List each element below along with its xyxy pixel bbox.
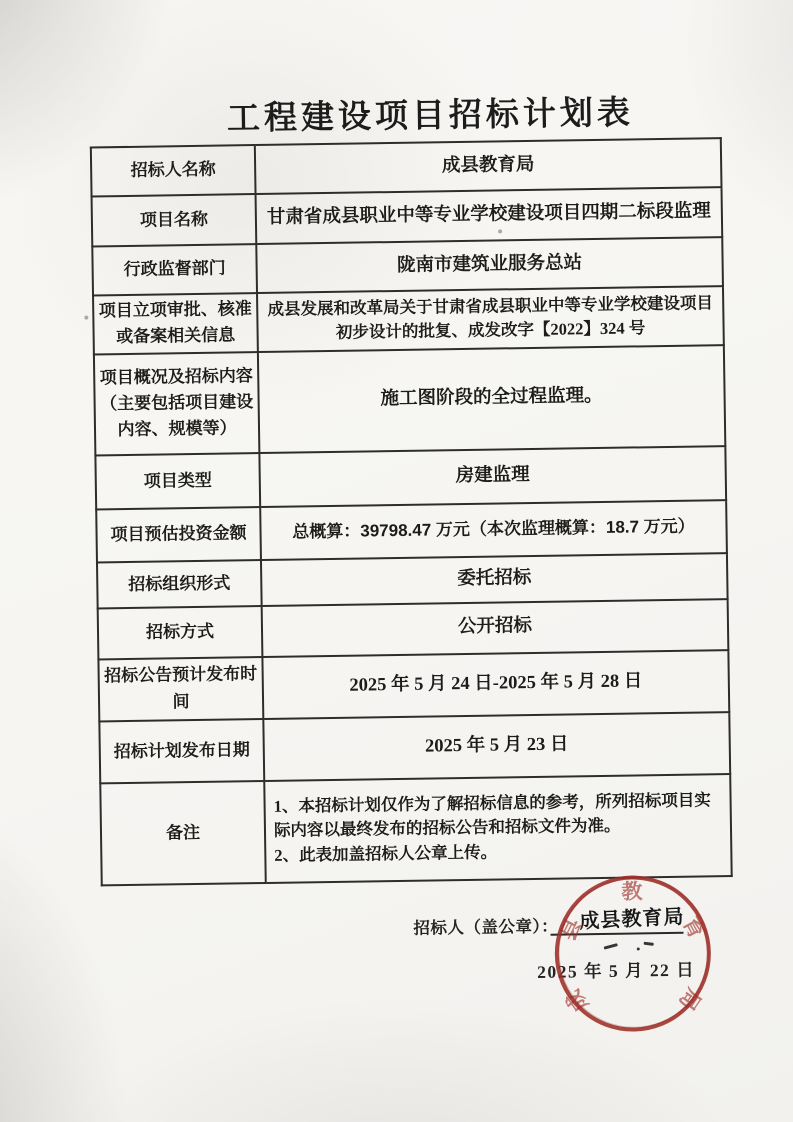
row-label-estimated-investment: 项目预估投资金额 <box>96 507 261 562</box>
row-value-project-name: 甘肃省成县职业中等专业学校建设项目四期二标段监理 <box>256 187 723 244</box>
row-value-tender-method: 公开招标 <box>262 599 729 657</box>
row-label-supervisory-dept: 行政监督部门 <box>92 244 257 295</box>
table-row-project-overview: 项目概况及招标内容（主要包括项目建设内容、规模等）施工图阶段的全过程监理。 <box>94 345 725 455</box>
row-value-project-type: 房建监理 <box>259 446 726 507</box>
row-value-line: 1、本招标计划仅作为了解招标信息的参考，所列招标项目实际内容以最终发布的招标公告… <box>273 788 726 844</box>
table-body: 招标人名称成县教育局项目名称甘肃省成县职业中等专业学校建设项目四期二标段监理行政… <box>91 138 732 885</box>
row-label-remarks: 备注 <box>100 781 265 885</box>
stamp-char: 育 <box>678 913 709 943</box>
row-value-announcement-period: 2025 年 5 月 24 日-2025 年 5 月 28 日 <box>262 650 729 719</box>
row-label-tender-method: 招标方式 <box>98 606 263 659</box>
table-row-approval-info: 项目立项审批、核准或备案相关信息成县发展和改革局关于甘肃省成县职业中等专业学校建… <box>93 286 724 354</box>
row-value-supervisory-dept: 陇南市建筑业服务总站 <box>256 237 723 293</box>
table-row-project-type: 项目类型房建监理 <box>95 446 726 509</box>
row-label-plan-publish-date: 招标计划发布日期 <box>99 719 264 783</box>
row-value-organization-form: 委托招标 <box>261 553 728 606</box>
row-value-plan-publish-date: 2025 年 5 月 23 日 <box>263 712 730 781</box>
photo-background: 工程建设项目招标计划表 招标人名称成县教育局项目名称甘肃省成县职业中等专业学校建… <box>0 0 793 1122</box>
row-label-project-name: 项目名称 <box>92 194 257 246</box>
row-value-bidder-name: 成县教育局 <box>255 138 722 194</box>
row-label-announcement-period: 招标公告预计发布时间 <box>98 657 263 721</box>
table-row-plan-publish-date: 招标计划发布日期2025 年 5 月 23 日 <box>99 712 730 783</box>
table-row-announcement-period: 招标公告预计发布时间2025 年 5 月 24 日-2025 年 5 月 28 … <box>98 650 729 721</box>
scan-speck <box>84 316 88 320</box>
table-row-estimated-investment: 项目预估投资金额总概算：39798.47 万元（本次监理概算：18.7 万元） <box>96 500 727 562</box>
tender-plan-table: 招标人名称成县教育局项目名称甘肃省成县职业中等专业学校建设项目四期二标段监理行政… <box>90 137 733 886</box>
row-value-approval-info: 成县发展和改革局关于甘肃省成县职业中等专业学校建设项目初步设计的批复、成发改字【… <box>257 286 724 352</box>
row-value-project-overview: 施工图阶段的全过程监理。 <box>258 345 725 453</box>
stamp-char: 教 <box>621 879 643 903</box>
official-stamp: 成县教育局 <box>542 862 725 1045</box>
document-sheet: 工程建设项目招标计划表 招标人名称成县教育局项目名称甘肃省成县职业中等专业学校建… <box>0 0 793 1122</box>
signature-label: 招标人（盖公章）： <box>413 913 558 939</box>
table-row-tender-method: 招标方式公开招标 <box>98 599 729 659</box>
row-label-approval-info: 项目立项审批、核准或备案相关信息 <box>93 293 258 354</box>
row-label-project-overview: 项目概况及招标内容（主要包括项目建设内容、规模等） <box>94 352 259 455</box>
row-label-project-type: 项目类型 <box>95 453 260 509</box>
row-value-estimated-investment: 总概算：39798.47 万元（本次监理概算：18.7 万元） <box>260 500 727 560</box>
row-label-bidder-name: 招标人名称 <box>91 145 256 196</box>
row-label-organization-form: 招标组织形式 <box>97 560 262 608</box>
scan-speck <box>498 229 502 233</box>
page-title: 工程建设项目招标计划表 <box>89 85 720 141</box>
